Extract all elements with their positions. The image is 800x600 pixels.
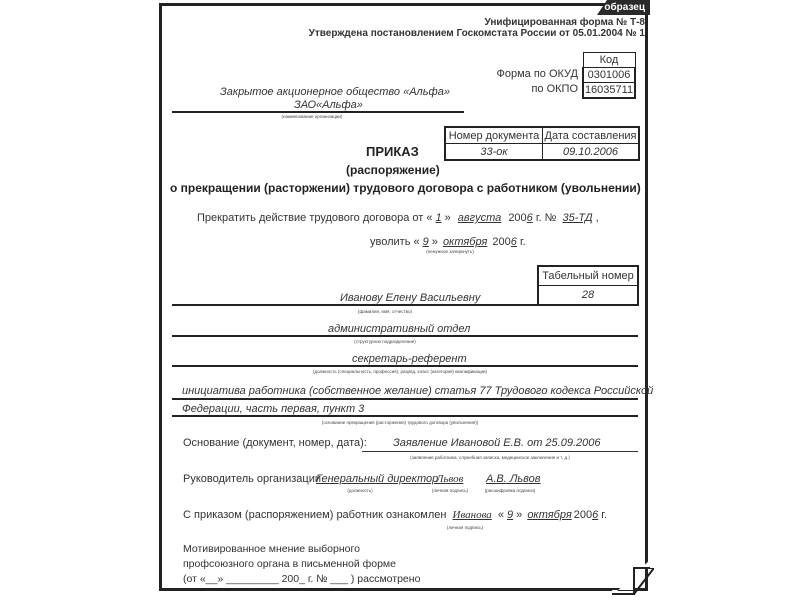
terminate-label: Прекратить действие трудового договора о… [197, 212, 423, 224]
acquainted-day: 9 [504, 509, 516, 521]
head-decoded: А.В. Львов [486, 473, 541, 485]
dismiss-year-unit: г. [520, 236, 526, 248]
grounds-line-1: инициатива работника (собственное желани… [182, 385, 653, 397]
acquainted-year-unit: г. [601, 509, 607, 521]
dismiss-year-suffix: 6 [511, 236, 517, 248]
org-full-name: Закрытое акционерное общество «Альфа» [220, 86, 450, 98]
contract-number: 35-ТД [560, 212, 596, 224]
position-caption: (должность (специальность, профессия), р… [280, 369, 520, 374]
terminate-month: августа [454, 212, 505, 224]
basis-line [362, 451, 638, 452]
acquainted-label: С приказом (распоряжением) работник озна… [183, 509, 446, 521]
basis-value: Заявление Ивановой Е.В. от 25.09.2006 [393, 437, 600, 449]
head-decoded-caption: (расшифровка подписи) [480, 488, 540, 493]
doc-number-value: 33-ок [445, 144, 543, 161]
dismiss-day: 9 [420, 236, 432, 248]
order-subject: о прекращении (расторжении) трудового до… [170, 181, 641, 195]
dismiss-year-prefix: 200 [492, 236, 510, 248]
doc-date-value: 09.10.2006 [543, 144, 640, 161]
okud-value: 0301006 [583, 68, 635, 83]
acquainted-signature: Иванова [450, 509, 495, 521]
terminate-day: 1 [432, 212, 444, 224]
approval-line: Утверждена постановлением Госкомстата Ро… [309, 28, 645, 39]
union-line-2: профсоюзного органа в письменной форме [183, 558, 396, 570]
head-signature-caption: (личная подпись) [425, 488, 475, 493]
codes-table: Код 0301006 16035711 [582, 52, 636, 99]
terminate-year-suffix: 6 [527, 212, 533, 224]
grounds-caption: (основание прекращения (расторжения) тру… [300, 420, 500, 425]
head-position-caption: (должность) [335, 488, 385, 493]
okpo-value: 16035711 [583, 83, 635, 99]
order-subtitle: (распоряжение) [346, 163, 440, 177]
head-signature: Львов [436, 473, 463, 485]
acquainted-year-suffix: 6 [592, 509, 598, 521]
department-caption: (структурное подразделение) [350, 339, 420, 344]
grounds-underline-2 [172, 415, 638, 417]
doc-number-table: Номер документа Дата составления 33-ок 0… [444, 126, 640, 161]
okud-label: Форма по ОКУД [497, 68, 579, 80]
employee-name: Иванову Елену Васильевну [340, 292, 480, 304]
employee-name-line [172, 304, 538, 306]
union-line-3: (от «__» _________ 200_ г. № ___ ) рассм… [183, 573, 420, 585]
head-position: Генеральный директор [316, 473, 438, 485]
terminate-year-unit: г. № [536, 212, 557, 224]
acquainted-year-prefix: 200 [574, 509, 592, 521]
dismiss-caption: (ненужное зачеркнуть) [420, 249, 480, 254]
grounds-underline-1 [172, 398, 638, 400]
employee-name-caption: (фамилия, имя, отчество) [350, 309, 420, 314]
personnel-number-table: Табельный номер 28 [537, 265, 639, 306]
terminate-year-prefix: 200 [508, 212, 526, 224]
personnel-number-header: Табельный номер [538, 266, 638, 286]
acquainted-month: октября [525, 509, 573, 521]
org-line [172, 111, 464, 113]
terminate-row: Прекратить действие трудового договора о… [197, 212, 599, 224]
form-number: Унифицированная форма № Т-8 [484, 17, 645, 28]
position-line [172, 365, 638, 367]
basis-label: Основание (документ, номер, дата): [183, 437, 367, 449]
acquainted-signature-caption: (личная подпись) [440, 525, 490, 530]
acquainted-row: С приказом (распоряжением) работник озна… [183, 509, 607, 521]
codes-header: Код [583, 53, 635, 68]
union-line-1: Мотивированное мнение выборного [183, 543, 360, 555]
head-label: Руководитель организации [183, 473, 321, 485]
dismiss-row: уволить «9» октября 2006 г. [370, 236, 526, 248]
org-caption: (наименование организации) [272, 114, 352, 119]
grounds-line-2: Федерации, часть первая, пункт 3 [182, 403, 364, 415]
department-line [172, 335, 638, 337]
order-title: ПРИКАЗ [366, 144, 419, 159]
position: секретарь-референт [352, 353, 467, 365]
folded-corner-icon [612, 556, 654, 596]
personnel-number-value: 28 [538, 286, 638, 306]
dismiss-label: уволить [370, 236, 410, 248]
okpo-label: по ОКПО [531, 83, 578, 95]
basis-caption: (заявление работника, служебная записка,… [390, 455, 590, 460]
doc-date-header: Дата составления [543, 127, 640, 144]
doc-number-header: Номер документа [445, 127, 543, 144]
org-short-name: ЗАО«Альфа» [294, 99, 363, 111]
dismiss-month: октября [441, 236, 489, 248]
department: административный отдел [328, 323, 470, 335]
